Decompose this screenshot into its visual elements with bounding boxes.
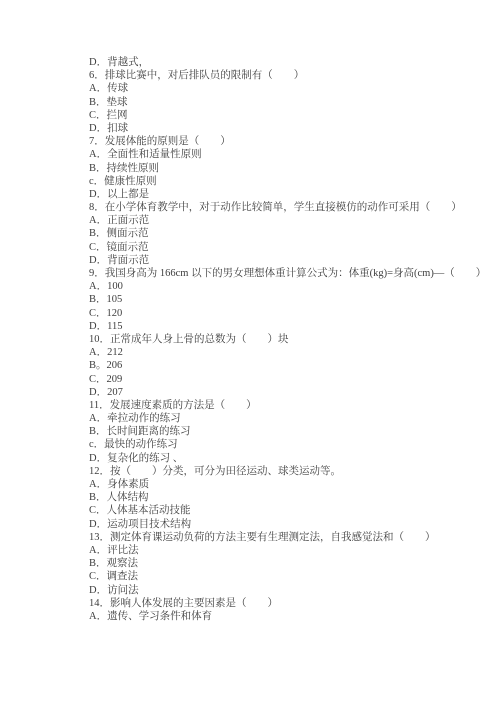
text-line: 8．在小学体育教学中，对于动作比较简单，学生直接模仿的动作可采用（ ） [89, 201, 484, 214]
text-line: C．镜面示范 [89, 241, 484, 254]
text-line: c．健康性原则 [89, 175, 484, 188]
text-line: A．212 [89, 346, 484, 359]
text-line: 13．测定体育课运动负荷的方法主要有生理测定法，自我感觉法和（ ） [89, 531, 484, 544]
text-line: D．背面示范 [89, 254, 484, 267]
text-line: 6．排球比赛中，对后排队员的限制有（ ） [89, 69, 484, 82]
text-line: D．207 [89, 386, 484, 399]
text-line: D．背越式， [89, 56, 484, 69]
text-line: 14．影响人体发展的主要因素是（ ） [89, 597, 484, 610]
text-line: A．全面性和适量性原则 [89, 148, 484, 161]
text-line: 11．发展速度素质的方法是（ ） [89, 399, 484, 412]
text-line: B．持续性原则 [89, 162, 484, 175]
text-line: D．运动项目技术结构 [89, 518, 484, 531]
text-line: A．正面示范 [89, 214, 484, 227]
text-line: D．访问法 [89, 584, 484, 597]
text-line: B．105 [89, 293, 484, 306]
text-line: 9．我国身高为 166cm 以下的男女理想体重计算公式为：体重(kg)=身高(c… [89, 267, 484, 280]
exam-document-page: D．背越式，6．排球比赛中，对后排队员的限制有（ ）A．传球B．垫球C．拦网D．… [0, 0, 499, 706]
text-line: C．调查法 [89, 570, 484, 583]
text-line: 7．发展体能的原则是（ ） [89, 135, 484, 148]
text-line: c．最快的动作练习 [89, 438, 484, 451]
text-line: D．复杂化的练习 、 [89, 452, 484, 465]
text-line: 12．按（ ）分类，可分为田径运动、球类运动等。 [89, 465, 484, 478]
text-line: B．人体结构 [89, 491, 484, 504]
question-list: D．背越式，6．排球比赛中，对后排队员的限制有（ ）A．传球B．垫球C．拦网D．… [89, 56, 484, 623]
text-line: 10．正常成年人身上骨的总数为（ ）块 [89, 333, 484, 346]
text-line: B．长时间距离的练习 [89, 425, 484, 438]
text-line: A．传球 [89, 82, 484, 95]
text-line: C．209 [89, 373, 484, 386]
text-line: A．评比法 [89, 544, 484, 557]
text-line: B．观察法 [89, 557, 484, 570]
text-line: B．侧面示范 [89, 227, 484, 240]
text-line: A．牵拉动作的练习 [89, 412, 484, 425]
text-line: A．100 [89, 280, 484, 293]
text-line: C．120 [89, 307, 484, 320]
text-line: B．垫球 [89, 96, 484, 109]
text-line: A．遗传、学习条件和体育 [89, 610, 484, 623]
text-line: C．拦网 [89, 109, 484, 122]
text-line: D．115 [89, 320, 484, 333]
text-line: B。206 [89, 359, 484, 372]
text-line: C．人体基本活动技能 [89, 504, 484, 517]
text-line: A．身体素质 [89, 478, 484, 491]
text-line: D．扣球 [89, 122, 484, 135]
text-line: D．以上都是 [89, 188, 484, 201]
